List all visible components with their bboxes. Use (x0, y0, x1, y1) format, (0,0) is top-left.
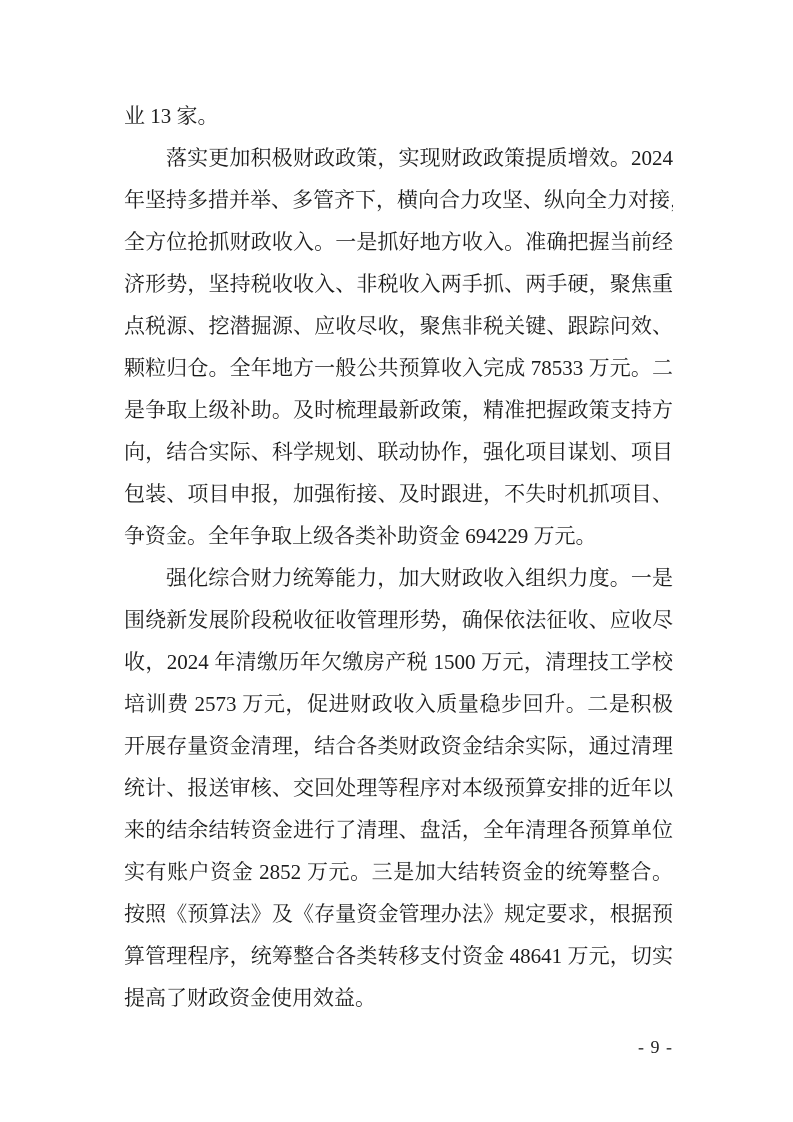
text-line: 培训费 2573 万元，促进财政收入质量稳步回升。二是积极 (124, 683, 673, 725)
document-page: 业 13 家。 落实更加积极财政政策，实现财政政策提质增效。2024 年坚持多措… (0, 0, 793, 1122)
text-line: 开展存量资金清理，结合各类财政资金结余实际，通过清理 (124, 725, 673, 767)
text-line: 争资金。全年争取上级各类补助资金 694229 万元。 (124, 515, 673, 557)
text-line: 算管理程序，统筹整合各类转移支付资金 48641 万元，切实 (124, 935, 673, 977)
text-line: 来的结余结转资金进行了清理、盘活，全年清理各预算单位 (124, 809, 673, 851)
text-line: 包装、项目申报，加强衔接、及时跟进，不失时机抓项目、 (124, 473, 673, 515)
text-line: 全方位抢抓财政收入。一是抓好地方收入。准确把握当前经 (124, 221, 673, 263)
text-line: 是争取上级补助。及时梳理最新政策，精准把握政策支持方 (124, 389, 673, 431)
text-line: 向，结合实际、科学规划、联动协作，强化项目谋划、项目 (124, 431, 673, 473)
text-line: 业 13 家。 (124, 95, 673, 137)
text-line: 实有账户资金 2852 万元。三是加大结转资金的统筹整合。 (124, 851, 673, 893)
text-line: 颗粒归仓。全年地方一般公共预算收入完成 78533 万元。二 (124, 347, 673, 389)
text-line: 提高了财政资金使用效益。 (124, 977, 673, 1019)
text-line: 收，2024 年清缴历年欠缴房产税 1500 万元，清理技工学校 (124, 641, 673, 683)
text-line: 年坚持多措并举、多管齐下，横向合力攻坚、纵向全力对接， (124, 179, 673, 221)
text-line: 统计、报送审核、交回处理等程序对本级预算安排的近年以 (124, 767, 673, 809)
text-line: 强化综合财力统筹能力，加大财政收入组织力度。一是 (124, 557, 673, 599)
text-line: 落实更加积极财政政策，实现财政政策提质增效。2024 (124, 137, 673, 179)
text-line: 济形势，坚持税收收入、非税收入两手抓、两手硬，聚焦重 (124, 263, 673, 305)
page-number: - 9 - (638, 1034, 673, 1060)
text-line: 点税源、挖潜掘源、应收尽收，聚焦非税关键、跟踪问效、 (124, 305, 673, 347)
text-line: 按照《预算法》及《存量资金管理办法》规定要求，根据预 (124, 893, 673, 935)
document-body: 业 13 家。 落实更加积极财政政策，实现财政政策提质增效。2024 年坚持多措… (124, 95, 673, 1019)
text-line: 围绕新发展阶段税收征收管理形势，确保依法征收、应收尽 (124, 599, 673, 641)
